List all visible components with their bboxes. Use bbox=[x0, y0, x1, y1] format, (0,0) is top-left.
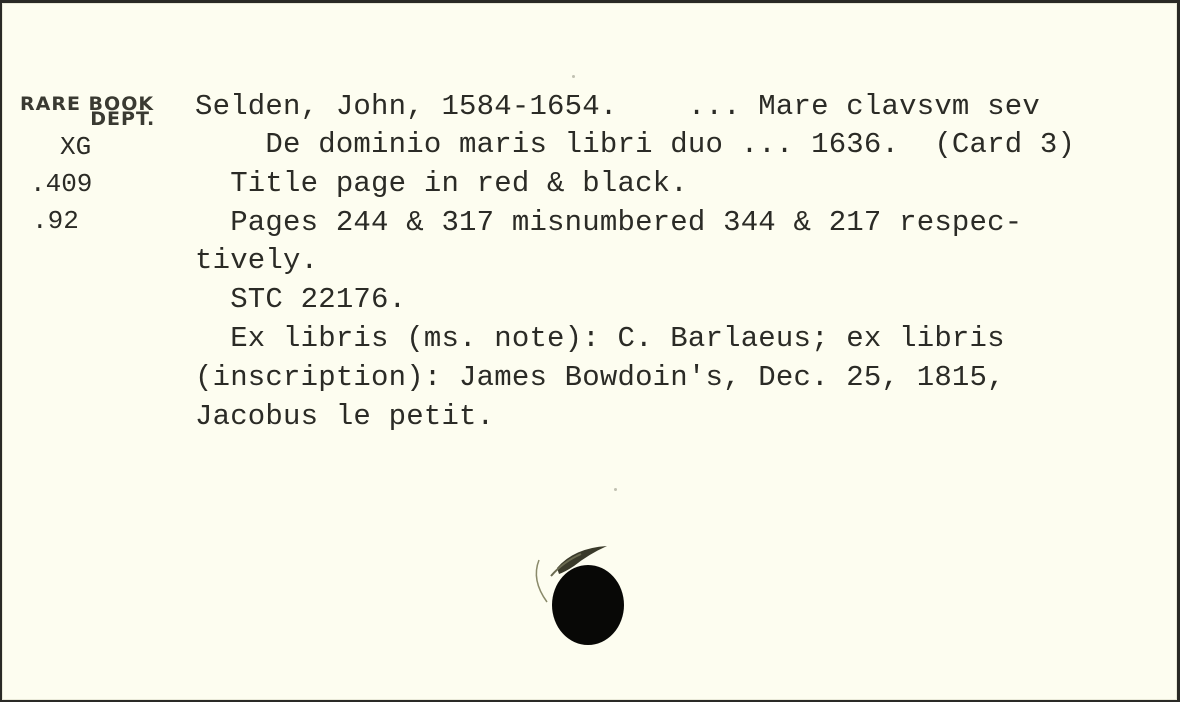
paper-speck bbox=[614, 488, 617, 491]
note-title-page: Title page in red & black. bbox=[195, 169, 688, 198]
catalog-card: RARE BOOK DEPT. XG .409 .92 Selden, John… bbox=[2, 3, 1177, 700]
paper-speck bbox=[572, 75, 575, 78]
entry-heading: Selden, John, 1584-1654. ... Mare clavsv… bbox=[195, 92, 1040, 121]
call-number-line-3: .92 bbox=[32, 208, 79, 234]
call-number-line-2: .409 bbox=[30, 171, 92, 197]
note-provenance: Ex libris (ms. note): C. Barlaeus; ex li… bbox=[195, 324, 1005, 353]
note-pagination: Pages 244 & 317 misnumbered 344 & 217 re… bbox=[195, 208, 1022, 237]
punched-hole bbox=[552, 565, 624, 645]
note-pagination-cont: tively. bbox=[195, 246, 318, 275]
note-provenance-end: Jacobus le petit. bbox=[195, 402, 494, 431]
note-stc: STC 22176. bbox=[195, 285, 406, 314]
entry-title-cont: De dominio maris libri duo ... 1636. (Ca… bbox=[195, 130, 1075, 159]
note-provenance-cont: (inscription): James Bowdoin's, Dec. 25,… bbox=[195, 363, 1005, 392]
call-number-line-1: XG bbox=[60, 134, 91, 160]
